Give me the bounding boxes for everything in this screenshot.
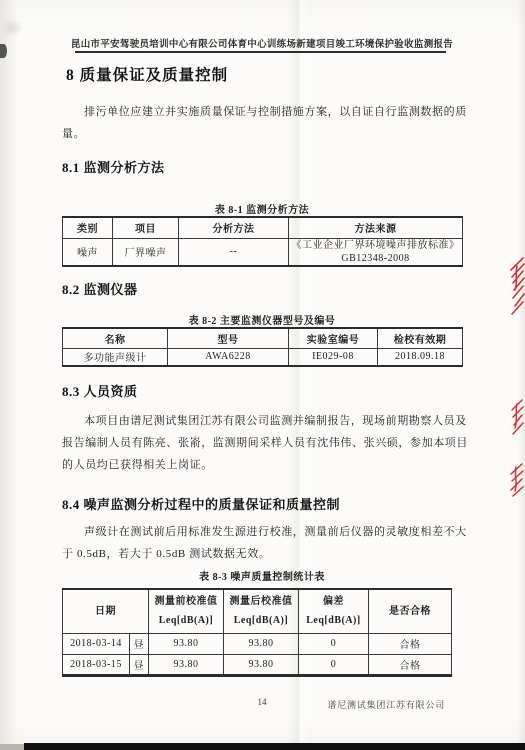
- section-8-1-title: 8.1 监测分析方法: [62, 157, 165, 176]
- table-cell: 2018.09.18: [378, 348, 463, 366]
- header-line: 测量后校准值: [226, 592, 296, 611]
- table-cell: 昼: [130, 654, 149, 675]
- table-cell: 昼: [130, 633, 149, 654]
- page-header-title: 昆山市平安驾驶员培训中心有限公司体育中心训练场新建项目竣工环境保护验收监测报告: [62, 36, 462, 50]
- header-line: Leq[dB(A)]: [151, 611, 221, 630]
- table-row: 噪声 厂界噪声 -- 《工业企业厂界环境噪声排放标准》 GB12348-2008: [63, 238, 463, 266]
- table-header-row: 名称 型号 实验室编号 检校有效期: [63, 328, 463, 348]
- table-header-row: 日期 测量前校准值 Leq[dB(A)] 测量后校准值 Leq[dB(A)] 偏…: [63, 589, 452, 633]
- table-header-cell: 类别: [63, 217, 113, 238]
- table-header-row: 类别 项目 分析方法 方法来源: [63, 217, 463, 238]
- section-8-title: 8 质量保证及质量控制: [66, 63, 228, 85]
- paragraph-line: 量。: [62, 123, 466, 145]
- table-cell: IE029-08: [289, 348, 378, 366]
- table-header-cell: 型号: [168, 328, 289, 348]
- left-edge-shadow: [0, 0, 18, 750]
- red-stamp-fragment: [503, 256, 525, 318]
- paragraph-line: 排污单位应建立并实施质量保证与控制措施方案，以自证自行监测数据的质: [62, 101, 466, 123]
- header-rule: [75, 51, 446, 53]
- bottom-scan-bar-edge: [0, 744, 24, 750]
- table-header-cell: 名称: [63, 328, 168, 348]
- table-header-cell: 分析方法: [179, 217, 289, 238]
- table-cell: 93.80: [149, 654, 224, 675]
- table-row: 多功能声级计 AWA6228 IE029-08 2018.09.18: [63, 348, 463, 366]
- table-8-1-caption: 表 8-1 监测分析方法: [62, 201, 462, 216]
- bottom-scan-bar: [24, 743, 525, 750]
- table-cell: 合格: [369, 633, 452, 654]
- table-8-3-caption: 表 8-3 噪声质量控制统计表: [62, 568, 462, 583]
- footer-company: 谱尼测试集团江苏有限公司: [327, 698, 445, 711]
- section-8-2-title: 8.2 监测仪器: [62, 279, 138, 298]
- scanned-document-page: 昆山市平安驾驶员培训中心有限公司体育中心训练场新建项目竣工环境保护验收监测报告 …: [0, 0, 525, 750]
- table-cell: 93.80: [149, 633, 224, 654]
- table-header-cell: 偏差 Leq[dB(A)]: [299, 589, 369, 633]
- table-row: 2018-03-15 昼 93.80 93.80 0 合格: [63, 654, 452, 675]
- header-line: 测量前校准值: [151, 592, 221, 611]
- table-header-cell: 项目: [113, 217, 179, 238]
- table-cell: AWA6228: [168, 348, 289, 366]
- paragraph-line: 本项目由谱尼测试集团江苏有限公司监测并编制报告，现场前期勘察人员及: [62, 410, 466, 432]
- table-8-3: 日期 测量前校准值 Leq[dB(A)] 测量后校准值 Leq[dB(A)] 偏…: [62, 588, 452, 677]
- table-header-cell: 是否合格: [369, 589, 452, 633]
- table-cell: 2018-03-15: [63, 654, 130, 675]
- table-cell: 93.80: [224, 633, 299, 654]
- table-cell: 《工业企业厂界环境噪声排放标准》 GB12348-2008: [289, 238, 463, 266]
- paragraph-line: 报告编制人员有陈亮、张嵛，监测期间采样人员有沈伟伟、张兴硕，参加本项目: [62, 432, 466, 454]
- table-cell: 噪声: [63, 238, 113, 266]
- table-cell: 多功能声级计: [63, 348, 168, 366]
- table-cell: --: [179, 238, 289, 266]
- table-cell: 2018-03-14: [63, 633, 130, 654]
- table-header-cell: 方法来源: [289, 217, 463, 238]
- table-8-1: 类别 项目 分析方法 方法来源 噪声 厂界噪声 -- 《工业企业厂界环境噪声排放…: [62, 216, 463, 267]
- header-line: Leq[dB(A)]: [301, 611, 366, 630]
- red-stamp-fragment: [506, 398, 524, 438]
- table-cell: 93.80: [224, 654, 299, 675]
- header-line: Leq[dB(A)]: [226, 611, 296, 630]
- table-8-2-caption: 表 8-2 主要监测仪器型号及编号: [62, 312, 462, 327]
- method-source-line: GB12348-2008: [291, 252, 460, 265]
- table-header-cell: 实验室编号: [289, 328, 378, 348]
- paragraph-line: 的人员均已获得相关上岗证。: [62, 454, 466, 476]
- header-line: 偏差: [301, 592, 366, 611]
- table-8-2: 名称 型号 实验室编号 检校有效期 多功能声级计 AWA6228 IE029-0…: [62, 327, 463, 367]
- section-8-4-title: 8.4 噪声监测分析过程中的质量保证和质量控制: [62, 494, 340, 513]
- method-source-line: 《工业企业厂界环境噪声排放标准》: [291, 239, 460, 252]
- table-header-cell: 检校有效期: [378, 328, 463, 348]
- table-header-cell: 日期: [63, 589, 149, 633]
- section-8-3-paragraph: 本项目由谱尼测试集团江苏有限公司监测并编制报告，现场前期勘察人员及 报告编制人员…: [62, 410, 466, 476]
- table-cell: 合格: [369, 654, 452, 675]
- section-8-3-title: 8.3 人员资质: [62, 381, 138, 400]
- table-cell: 0: [299, 654, 369, 675]
- section-8-4-paragraph: 声级计在测试前后用标准发生源进行校准，测量前后仪器的灵敏度相差不大 于 0.5d…: [62, 521, 466, 565]
- scan-edge-mark: [0, 44, 7, 58]
- paragraph-line: 声级计在测试前后用标准发生源进行校准，测量前后仪器的灵敏度相差不大: [62, 521, 466, 543]
- table-row: 2018-03-14 昼 93.80 93.80 0 合格: [63, 633, 452, 654]
- right-edge-shadow: [517, 0, 525, 750]
- table-header-cell: 测量前校准值 Leq[dB(A)]: [149, 589, 224, 633]
- table-header-cell: 测量后校准值 Leq[dB(A)]: [224, 589, 299, 633]
- section-8-paragraph: 排污单位应建立并实施质量保证与控制措施方案，以自证自行监测数据的质 量。: [62, 101, 466, 145]
- paragraph-line: 于 0.5dB，若大于 0.5dB 测试数据无效。: [62, 543, 466, 565]
- red-stamp-fragment: [504, 462, 524, 498]
- table-cell: 0: [299, 633, 369, 654]
- table-cell: 厂界噪声: [113, 238, 179, 266]
